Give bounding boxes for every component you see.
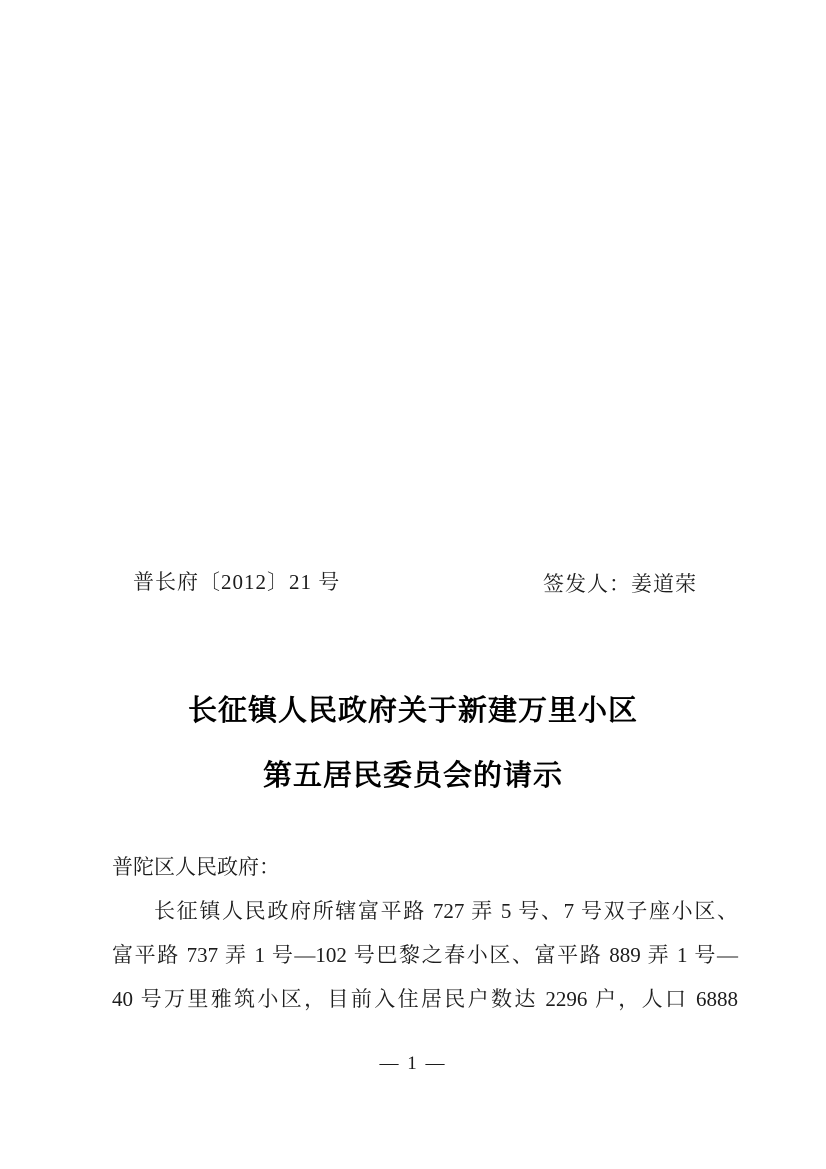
signer-name: 签发人：姜道荣 (543, 574, 697, 595)
document-title-line-2: 第五居民委员会的请示 (0, 762, 826, 791)
doc-number: 普长府〔2012〕21 号 (133, 572, 340, 593)
body-paragraph-line: 富平路 737 弄 1 号—102 号巴黎之春小区、富平路 889 弄 1 号— (112, 945, 738, 966)
document-title-line-1: 长征镇人民政府关于新建万里小区 (0, 697, 826, 726)
page-number: — 1 — (0, 1054, 826, 1073)
body-paragraph-line: 40 号万里雅筑小区，目前入住居民户数达 2296 户，人口 6888 (112, 989, 738, 1010)
document-page: 普长府〔2012〕21 号 签发人：姜道荣 长征镇人民政府关于新建万里小区 第五… (0, 0, 826, 1169)
body-paragraph-line: 长征镇人民政府所辖富平路 727 弄 5 号、7 号双子座小区、 (112, 901, 738, 922)
salutation: 普陀区人民政府： (112, 857, 280, 878)
